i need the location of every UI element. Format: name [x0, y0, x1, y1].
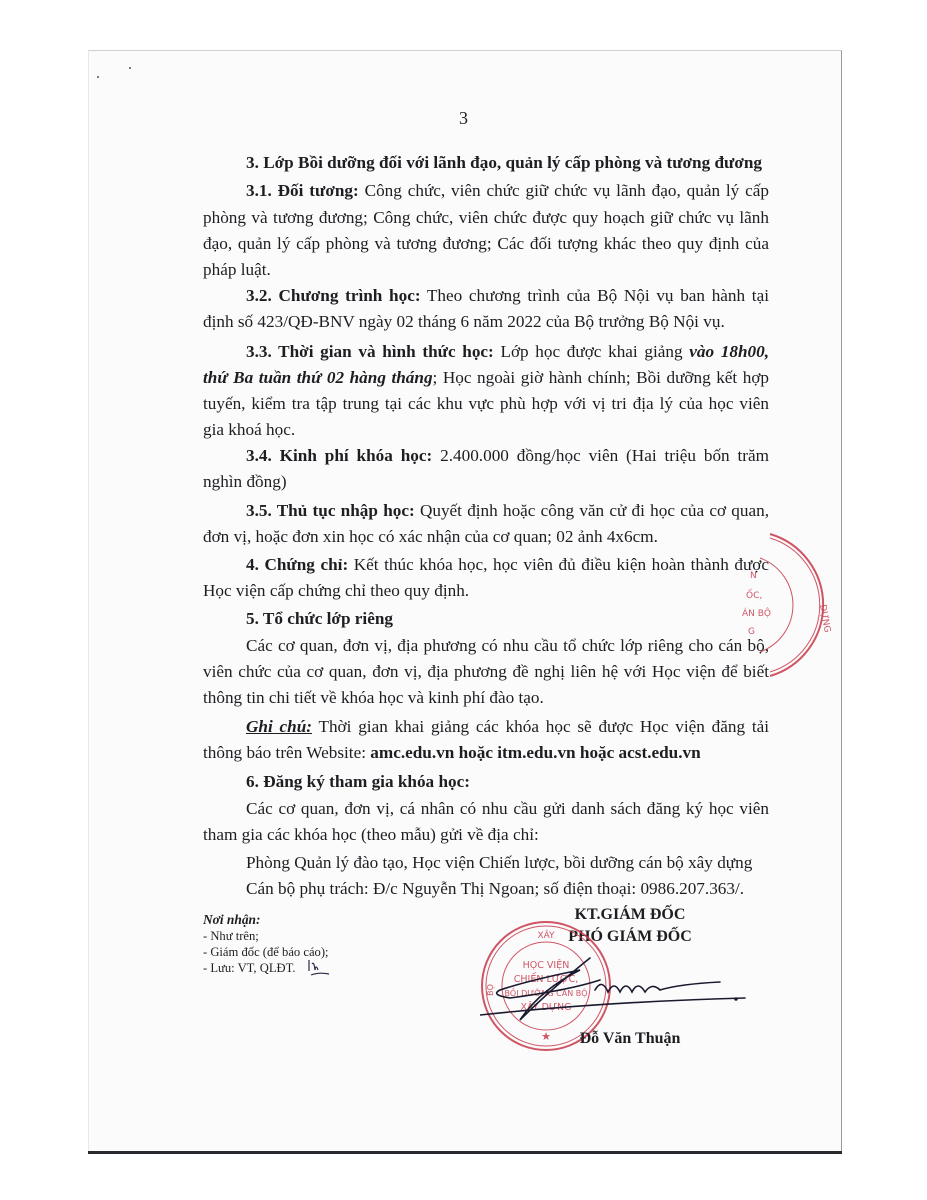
section-3-5-line-2: đơn vị, hoặc đơn xin học có xác nhận của… — [203, 525, 769, 548]
section-6-heading: 6. Đăng ký tham gia khóa học: — [246, 770, 769, 793]
svg-text:ỐC,: ỐC, — [746, 588, 762, 601]
section-3-4-line-2: nghìn đồng) — [203, 470, 769, 493]
section-3-1-line-1: 3.1. Đối tương: Công chức, viên chức giữ… — [246, 179, 769, 202]
recipients-title: Nơi nhận: — [203, 912, 329, 928]
scan-speck — [97, 76, 99, 78]
section-6-address: Phòng Quản lý đào tạo, Học viện Chiến lư… — [246, 851, 769, 874]
section-3-5-label: 3.5. Thủ tục nhập học: — [246, 501, 415, 520]
section-3-4-line-1: 3.4. Kinh phí khóa học: 2.400.000 đồng/h… — [246, 444, 769, 467]
section-3-3-line-2: thứ Ba tuần thứ 02 hàng tháng; Học ngoài… — [203, 366, 769, 389]
section-4-line-2: Học viện cấp chứng chỉ theo quy định. — [203, 579, 769, 602]
handwritten-signature-icon — [480, 950, 760, 1030]
page-number: 3 — [0, 108, 927, 129]
note-label: Ghi chú: — [246, 717, 312, 736]
section-3-5-line-1: 3.5. Thủ tục nhập học: Quyết định hoặc c… — [246, 499, 769, 522]
initials-mark-icon — [305, 958, 335, 978]
section-4-label: 4. Chứng chỉ: — [246, 555, 348, 574]
section-5-heading: 5. Tổ chức lớp riêng — [246, 607, 769, 630]
section-3-3-label: 3.3. Thời gian và hình thức học: — [246, 342, 494, 361]
section-5-line-1: Các cơ quan, đơn vị, địa phương có nhu c… — [246, 634, 769, 657]
stamp-top-text: XÂY — [537, 929, 555, 941]
scan-speck — [129, 67, 131, 69]
section-3-2-label: 3.2. Chương trình học: — [246, 286, 421, 305]
svg-text:G: G — [748, 627, 755, 637]
section-3-1-line-4: pháp luật. — [203, 258, 769, 281]
recipient-item: - Như trên; — [203, 928, 329, 944]
section-5-line-3: thông tin chi tiết về khóa học và kinh p… — [203, 686, 769, 709]
website-links: amc.edu.vn hoặc itm.edu.vn hoặc acst.edu… — [370, 743, 700, 762]
svg-text:N: N — [750, 571, 757, 581]
section-6-line-1: Các cơ quan, đơn vị, cá nhân có nhu cầu … — [246, 797, 769, 820]
section-5-line-2: viên chức của cơ quan, đơn vị, địa phươn… — [203, 660, 769, 683]
section-3-3-line-3: tuyến, kiểm tra tập trung tại các khu vự… — [203, 392, 769, 415]
svg-text:ÁN BỘ: ÁN BỘ — [742, 607, 771, 619]
section-3-3-line-4: gia khoá học. — [203, 418, 769, 441]
section-3-2-line-1: 3.2. Chương trình học: Theo chương trình… — [246, 284, 769, 307]
section-4-line-1: 4. Chứng chỉ: Kết thúc khóa học, học viê… — [246, 553, 769, 576]
section-3-1-label: 3.1. Đối tương: — [246, 181, 359, 200]
partial-seal-icon: N ỐC, ÁN BỘ G DỰNG — [740, 530, 840, 680]
section-6-contact: Cán bộ phụ trách: Đ/c Nguyễn Thị Ngoan; … — [246, 877, 769, 900]
section-3-3-line-1: 3.3. Thời gian và hình thức học: Lớp học… — [246, 340, 769, 363]
section-3-1-line-3: đạo, quản lý cấp phòng và tương đương; C… — [203, 232, 769, 255]
section-3-4-label: 3.4. Kinh phí khóa học: — [246, 446, 432, 465]
signatory-name: Đỗ Văn Thuận — [540, 1030, 720, 1048]
section-6-line-2: tham gia các khóa học (theo mẫu) gửi về … — [203, 823, 769, 846]
note-line-1: Ghi chú: Thời gian khai giảng các khóa h… — [246, 715, 769, 738]
note-line-2: thông báo trên Website: amc.edu.vn hoặc … — [203, 741, 769, 764]
section-3-2-line-2: định số 423/QĐ-BNV ngày 02 tháng 6 năm 2… — [203, 310, 769, 333]
section-3-1-line-2: phòng và tương đương; Công chức, viên ch… — [203, 206, 769, 229]
section-3-heading: 3. Lớp Bồi dưỡng đối với lãnh đạo, quản … — [246, 151, 769, 174]
